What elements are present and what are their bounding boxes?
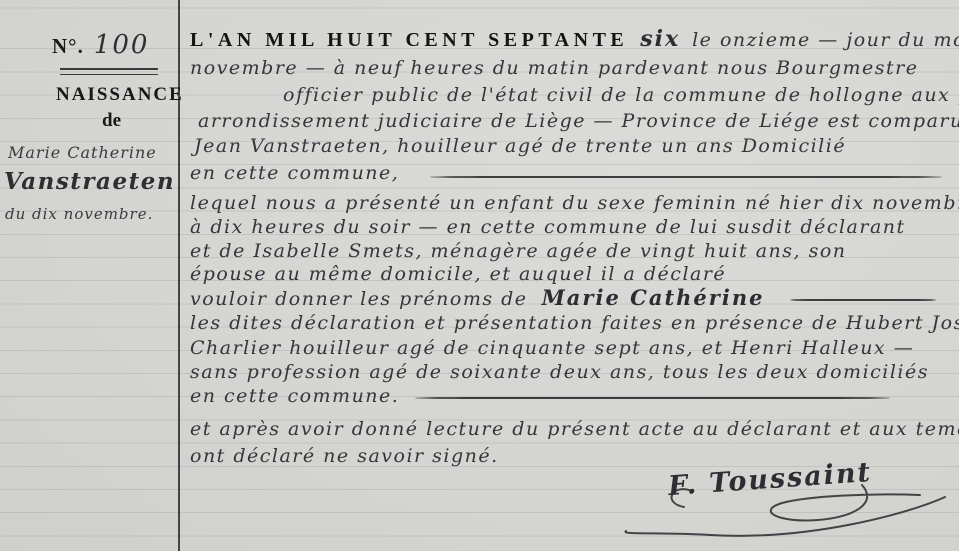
act-line-3: arrondissement judiciaire de Liège — Pro…: [198, 110, 959, 132]
margin-heading: NAISSANCE: [56, 84, 184, 106]
fill-stroke-1: [430, 176, 942, 178]
act-line-10: vouloir donner les prénoms de Marie Cath…: [190, 285, 764, 310]
margin-birth-date-note: du dix novembre.: [5, 205, 153, 223]
margin-divider-line: [178, 0, 180, 551]
signature-flourish: [580, 455, 959, 551]
act-line-4: Jean Vanstraeten, houilleur agé de trent…: [194, 135, 846, 157]
act-opening-rest: le onzieme — jour du mois de: [692, 29, 959, 51]
record-number-label: N°.: [52, 34, 84, 58]
birth-record-scan: N°.100 NAISSANCE de Marie Catherine Vans…: [0, 0, 959, 551]
act-line-15: et après avoir donné lecture du présent …: [190, 418, 959, 440]
record-number: N°.100: [52, 30, 149, 60]
act-line-10-text: vouloir donner les prénoms de: [190, 288, 528, 310]
act-line-16: ont déclaré ne savoir signé.: [190, 445, 499, 467]
act-line-9: épouse au même domicile, et auquel il a …: [190, 263, 726, 285]
act-opening-year-word: six: [640, 26, 680, 52]
act-line-12: Charlier houilleur agé de cinquante sept…: [190, 337, 914, 359]
record-number-value: 100: [94, 30, 150, 60]
act-line-11: les dites déclaration et présentation fa…: [190, 312, 959, 334]
margin-heading-sub: de: [102, 110, 121, 132]
act-line-2: officier public de l'état civil de la co…: [283, 84, 959, 106]
act-opening-line: L'AN MIL HUIT CENT SEPTANTE six le onzie…: [190, 26, 959, 52]
act-line-8: et de Isabelle Smets, ménagère agée de v…: [190, 240, 847, 262]
fill-stroke-2: [790, 299, 936, 301]
act-line-6: lequel nous a présenté un enfant du sexe…: [190, 192, 959, 214]
act-line-14: en cette commune.: [190, 385, 399, 407]
act-line-5: en cette commune,: [190, 162, 399, 184]
margin-double-rule: [60, 68, 158, 75]
act-line-7: à dix heures du soir — en cette commune …: [190, 216, 906, 238]
child-name-inline: Marie Cathérine: [542, 285, 765, 310]
act-line-1: novembre — à neuf heures du matin pardev…: [190, 57, 919, 79]
act-line-13: sans profession agé de soixante deux ans…: [190, 361, 929, 383]
act-opening-printed: L'AN MIL HUIT CENT SEPTANTE: [190, 29, 628, 51]
margin-child-firstname: Marie Catherine: [8, 143, 157, 162]
margin-child-surname: Vanstraeten: [4, 168, 175, 195]
fill-stroke-3: [415, 397, 890, 399]
